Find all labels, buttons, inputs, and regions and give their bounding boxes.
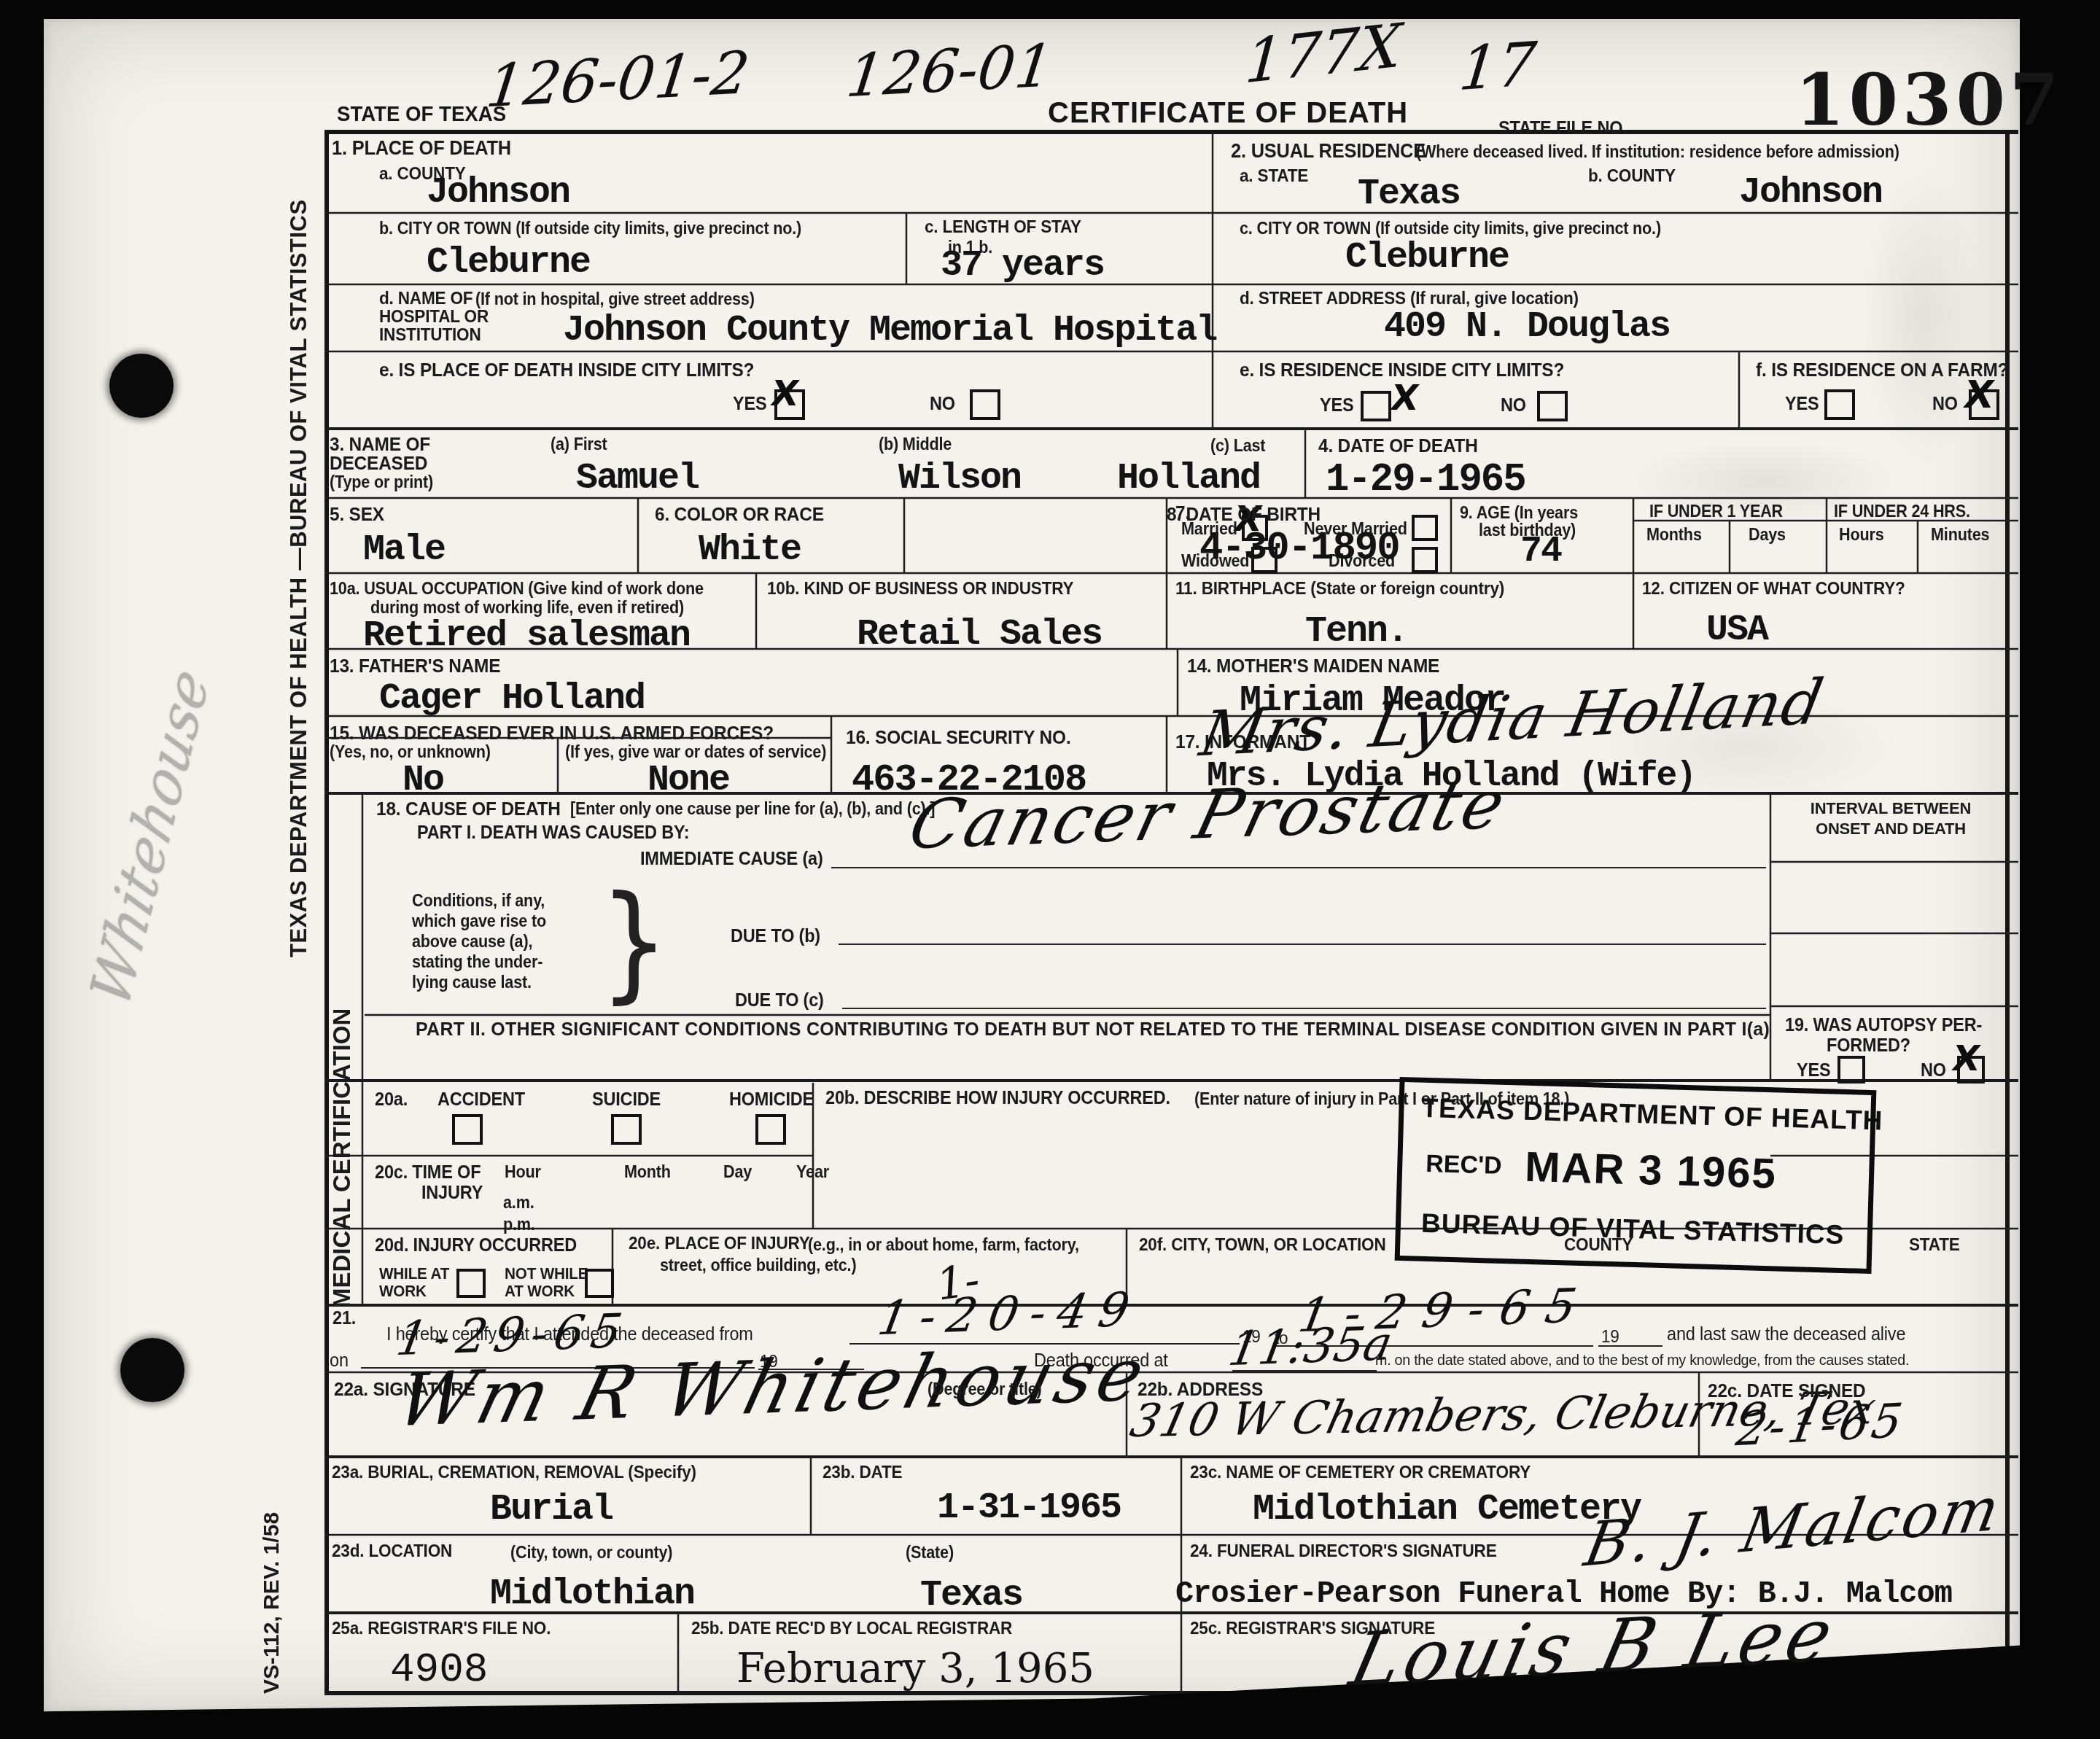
field-15-value1: No — [402, 760, 443, 801]
field-2d-value: 409 N. Douglas — [1384, 306, 1670, 348]
field-1c-value: 37 years — [941, 245, 1104, 287]
checkbox-20d-while — [456, 1269, 486, 1298]
field-1d-label2: HOSPITAL OR — [379, 307, 489, 327]
stamp-recd: REC'D — [1426, 1150, 1502, 1180]
field-1c-label: c. LENGTH OF STAY — [925, 217, 1081, 238]
field-20f-label: 20f. CITY, TOWN, OR LOCATION — [1139, 1235, 1386, 1256]
field-22a-degree: (Degree or title) — [927, 1380, 1042, 1399]
field-19-label2: FORMED? — [1827, 1035, 1910, 1057]
field-2a-label: a. STATE — [1240, 166, 1308, 187]
hole-punch-bottom — [120, 1338, 184, 1402]
field-18-due-c: DUE TO (c) — [735, 990, 824, 1011]
handwritten-code-1: 126-01-2 — [483, 39, 752, 121]
field-3-middle: Wilson — [898, 458, 1021, 499]
field-20a-homicide: HOMICIDE — [729, 1089, 814, 1110]
field-5-value: Male — [363, 529, 445, 571]
checkbox-20a-homicide — [755, 1114, 786, 1145]
field-18-cond4: stating the under- — [412, 952, 542, 972]
field-20d-notwhile2: AT WORK — [505, 1282, 575, 1301]
field-10a-label1: 10a. USUAL OCCUPATION (Give kind of work… — [330, 579, 704, 599]
field-13-label: 13. FATHER'S NAME — [330, 655, 500, 677]
field-25b-value: February 3, 1965 — [736, 1645, 1094, 1692]
field-2f-no: NO — [1932, 394, 1958, 415]
checkbox-20a-suicide — [611, 1114, 642, 1145]
interval-label1: INTERVAL BETWEEN — [1770, 799, 2011, 818]
field-2e-yes: YES — [1320, 395, 1353, 416]
certify-text-2: and last saw the deceased alive — [1667, 1324, 1905, 1345]
field-1e-label: e. IS PLACE OF DEATH INSIDE CITY LIMITS? — [379, 359, 754, 381]
field-18-due-b: DUE TO (b) — [731, 926, 820, 947]
handwritten-code-2: 126-01 — [843, 31, 1057, 110]
field-3b-label: (b) Middle — [879, 435, 952, 454]
field-9-value: 74 — [1520, 531, 1561, 572]
field-9-months: Months — [1646, 525, 1702, 545]
scanned-death-certificate: TEXAS DEPARTMENT OF HEALTH —BUREAU OF VI… — [0, 0, 2100, 1739]
field-5-label: 5. SEX — [330, 503, 384, 526]
field-20a-accident: ACCIDENT — [437, 1089, 525, 1110]
field-20b-label: 20b. DESCRIBE HOW INJURY OCCURRED. — [825, 1088, 1170, 1109]
field-15-label: 15. WAS DECEASED EVER IN U.S. ARMED FORC… — [330, 722, 774, 744]
state-of-texas-label: STATE OF TEXAS — [337, 102, 506, 127]
checkbox-2e-yes — [1361, 391, 1391, 421]
field-2b-value: Johnson — [1739, 172, 1882, 214]
field-2a-value: Texas — [1358, 174, 1460, 215]
field-1d-label: d. NAME OF — [379, 289, 472, 309]
stamp-date: MAR 3 1965 — [1524, 1143, 1777, 1199]
field-20f-state: STATE — [1909, 1235, 1960, 1256]
field-9-under1yr: IF UNDER 1 YEAR — [1649, 502, 1783, 521]
field-20c-label2: INJURY — [421, 1183, 483, 1204]
field-18-cond1: Conditions, if any, — [412, 891, 545, 911]
field-2-title-paren: (Where deceased lived. If institution: r… — [1416, 142, 1899, 162]
checkbox-2f-yes — [1824, 389, 1855, 420]
field-1e-yes: YES — [733, 394, 766, 415]
margin-medical-certification-text: MEDICAL CERTIFICATION — [328, 1008, 356, 1308]
field-6-value: White — [699, 529, 801, 571]
field-10b-label: 10b. KIND OF BUSINESS OR INDUSTRY — [767, 579, 1073, 599]
field-8-label-real: 8. DATE OF BIRTH — [1167, 503, 1321, 526]
field-20d-notwhile1: NOT WHILE — [505, 1264, 588, 1283]
field-20c-hour: Hour — [505, 1162, 541, 1182]
checkbox-1e-no — [970, 389, 1000, 420]
field-6-label: 6. COLOR OR RACE — [655, 503, 824, 526]
field-18-part2: PART II. OTHER SIGNIFICANT CONDITIONS CO… — [416, 1018, 1770, 1040]
field-1b-label: b. CITY OR TOWN (If outside city limits,… — [379, 219, 801, 238]
field-18-title-paren: [Enter only one cause per line for (a), … — [570, 799, 935, 819]
certificate-title: CERTIFICATE OF DEATH — [1048, 97, 1408, 130]
field-18-title: 18. CAUSE OF DEATH — [376, 798, 561, 820]
field-3c-label: (c) Last — [1210, 436, 1265, 456]
field-20d-while2: WORK — [379, 1282, 427, 1301]
field-20d-while1: WHILE AT — [379, 1264, 449, 1283]
field-20c-am: a.m. — [503, 1193, 534, 1213]
field-1d-label3: INSTITUTION — [379, 325, 481, 346]
field-16-label: 16. SOCIAL SECURITY NO. — [846, 726, 1070, 749]
field-23a-label: 23a. BURIAL, CREMATION, REMOVAL (Specify… — [332, 1463, 696, 1483]
field-9-label1: 9. AGE (In years — [1460, 503, 1578, 523]
checkbox-19-yes — [1837, 1056, 1865, 1084]
field-9-under24: IF UNDER 24 HRS. — [1834, 502, 1970, 521]
stamp-line1: TEXAS DEPARTMENT OF HEALTH — [1421, 1093, 1883, 1137]
checkbox-20d-notwhile — [585, 1269, 614, 1298]
certify-time: 11:35a — [1224, 1317, 1396, 1377]
field-12-label: 12. CITIZEN OF WHAT COUNTRY? — [1642, 579, 1905, 599]
checkbox-20a-accident — [452, 1114, 483, 1145]
field-25a-value: 4908 — [390, 1646, 488, 1693]
field-2c-value: Cleburne — [1345, 237, 1509, 279]
field-15-paren2: (If yes, give war or dates of service) — [565, 742, 826, 762]
field-20e-paren1: (e.g., in or about home, farm, factory, — [808, 1235, 1079, 1255]
field-11-value: Tenn. — [1305, 611, 1407, 653]
field-20c-day: Day — [723, 1162, 752, 1182]
field-2b-label: b. COUNTY — [1588, 166, 1676, 187]
field-21-number: 21. — [332, 1308, 356, 1329]
field-18-part1: PART I. DEATH WAS CAUSED BY: — [417, 822, 689, 844]
handwritten-code-4: 17 — [1456, 29, 1539, 104]
field-25a-label: 25a. REGISTRAR'S FILE NO. — [332, 1619, 551, 1639]
field-1a-value: Johnson — [427, 172, 569, 214]
date-signed-handwriting: 2-1-65 — [1732, 1394, 1909, 1458]
field-10a-label2: during most of working life, even if ret… — [370, 598, 684, 618]
field-1d-value: Johnson County Memorial Hospital — [563, 310, 1216, 351]
field-10a-value: Retired salesman — [363, 615, 690, 657]
field-23d-value1: Midlothian — [490, 1573, 694, 1615]
field-4-label: 4. DATE OF DEATH — [1318, 435, 1478, 457]
field-23d-paren1: (City, town, or county) — [510, 1543, 672, 1563]
field-15-paren1: (Yes, no, or unknown) — [330, 742, 491, 762]
field-24-label: 24. FUNERAL DIRECTOR'S SIGNATURE — [1190, 1541, 1497, 1562]
field-23a-value: Burial — [490, 1489, 612, 1530]
state-file-no-label: STATE FILE NO. — [1498, 118, 1627, 139]
field-20e-label: 20e. PLACE OF INJURY — [629, 1234, 810, 1254]
field-9-days: Days — [1749, 525, 1786, 545]
interval-label2: ONSET AND DEATH — [1770, 820, 2011, 839]
field-23c-label: 23c. NAME OF CEMETERY OR CREMATORY — [1190, 1463, 1531, 1483]
field-3-title3: (Type or print) — [330, 472, 433, 492]
field-20c-label1: 20c. TIME OF — [375, 1162, 481, 1183]
certify-on: on — [330, 1350, 349, 1372]
state-file-number: 10307 — [1795, 58, 2063, 141]
field-2f-yes: YES — [1785, 394, 1819, 415]
field-23d-value2: Texas — [920, 1575, 1022, 1617]
field-20c-pm: p.m. — [503, 1215, 535, 1234]
field-1d-label-paren: (If not in hospital, give street address… — [475, 289, 755, 309]
field-14-label: 14. MOTHER'S MAIDEN NAME — [1187, 655, 1439, 677]
field-1b-value: Cleburne — [427, 242, 590, 284]
field-18-immediate-cause: IMMEDIATE CAUSE (a) — [640, 849, 823, 870]
field-3-title2: DECEASED — [330, 452, 427, 475]
hole-punch-top — [109, 354, 174, 418]
field-12-value: USA — [1706, 610, 1767, 651]
field-18-cond2: which gave rise to — [412, 911, 546, 931]
conditions-brace: } — [599, 870, 669, 1016]
field-25b-label: 25b. DATE REC'D BY LOCAL REGISTRAR — [691, 1619, 1012, 1639]
checkbox-7-divorced — [1412, 547, 1438, 573]
field-15-value2: None — [647, 760, 729, 801]
checkbox-7-never — [1412, 515, 1438, 541]
received-stamp: TEXAS DEPARTMENT OF HEALTH REC'D MAR 3 1… — [1395, 1077, 1877, 1274]
certify-text-4: m. on the date stated above, and to the … — [1375, 1352, 1909, 1369]
certify-19-b: 19 — [1601, 1327, 1619, 1347]
field-20d-label: 20d. INJURY OCCURRED — [375, 1235, 577, 1256]
stamp-line3: BUREAU OF VITAL STATISTICS — [1420, 1208, 1844, 1250]
field-23b-value: 1-31-1965 — [937, 1487, 1121, 1529]
field-18-cond5: lying cause last. — [412, 973, 532, 992]
field-2e-no: NO — [1501, 395, 1526, 416]
field-23b-label: 23b. DATE — [822, 1463, 902, 1483]
field-8-value: 4-30-1890 — [1199, 526, 1399, 571]
field-20c-month: Month — [624, 1162, 671, 1182]
field-19-yes: YES — [1797, 1060, 1830, 1081]
field-1-title: 1. PLACE OF DEATH — [332, 137, 511, 160]
field-3-first: Samuel — [576, 458, 699, 499]
field-20c-year: Year — [796, 1162, 829, 1182]
field-11-label: 11. BIRTHPLACE (State or foreign country… — [1175, 579, 1504, 599]
field-10b-value: Retail Sales — [857, 614, 1102, 655]
field-19-no: NO — [1921, 1060, 1946, 1081]
field-13-value: Cager Holland — [379, 678, 645, 720]
field-3-last: Holland — [1117, 458, 1260, 499]
checkbox-2e-no — [1537, 391, 1568, 421]
field-20a-label: 20a. — [375, 1089, 408, 1110]
field-23d-paren2: (State) — [906, 1543, 954, 1563]
field-23d-label: 23d. LOCATION — [332, 1541, 452, 1562]
field-2-title: 2. USUAL RESIDENCE — [1231, 140, 1426, 163]
field-19-label1: 19. WAS AUTOPSY PER- — [1785, 1015, 1982, 1036]
field-9-minutes: Minutes — [1931, 525, 1989, 545]
field-3a-label: (a) First — [551, 435, 607, 454]
field-2c-label: c. CITY OR TOWN (If outside city limits,… — [1240, 219, 1661, 238]
field-20e-paren2: street, office building, etc.) — [660, 1256, 856, 1275]
field-1e-no: NO — [930, 394, 955, 415]
field-18-cond3: above cause (a), — [412, 932, 532, 952]
margin-form-number-text: VS-112, REV. 1/58 — [260, 1413, 284, 1694]
field-4-value: 1-29-1965 — [1326, 458, 1525, 502]
field-20a-suicide: SUICIDE — [592, 1089, 661, 1110]
margin-department-text: TEXAS DEPARTMENT OF HEALTH —BUREAU OF VI… — [286, 290, 312, 957]
field-9-hours: Hours — [1839, 525, 1884, 545]
field-23c-value: Midlothian Cemetery — [1253, 1489, 1641, 1530]
